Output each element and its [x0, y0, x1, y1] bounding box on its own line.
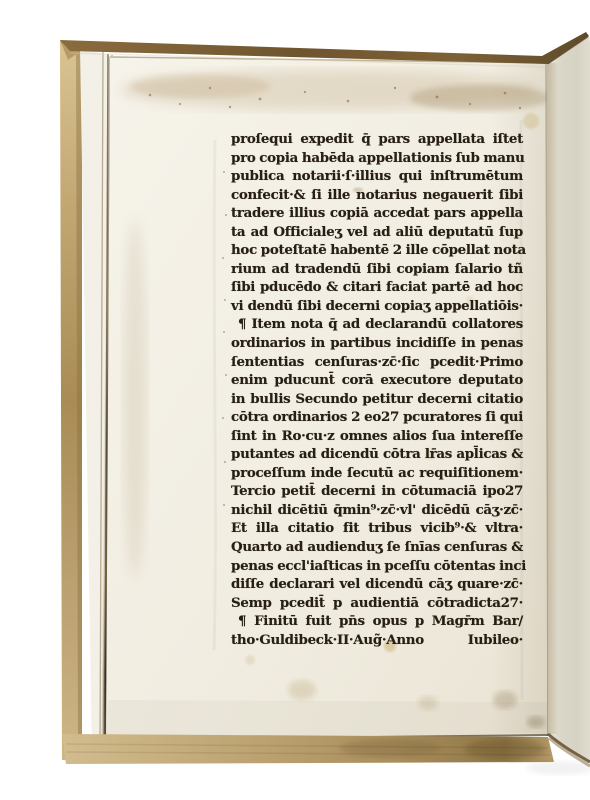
text-line: in bullis Secundo petitur decerni citati… — [231, 390, 523, 409]
text-line: enim pducunt̄ corā executore deputato — [231, 371, 523, 390]
text-line: ta ad Officialeʒ vel ad aliū deputatū ſu… — [231, 223, 523, 242]
text-line: ¶ Item nota q̄ ad declarandū collatores — [231, 315, 523, 334]
text-line: hoc poteſtatē habentē 2 ille cōpellat no… — [231, 241, 523, 260]
text-line: confecit·& ſi ille notarius negauerit ſi… — [231, 186, 523, 205]
colophon-line: ¶ Finitū fuit pn̄s opus p Magr̄m Bar/ — [231, 612, 523, 631]
bottom-cover-edge — [62, 734, 590, 775]
text-block: proſequi expedit q̄ pars appellata iſtet… — [231, 130, 523, 649]
text-line: pro copia habēda appellationis ſub manu — [231, 149, 523, 168]
text-line: Quarto ad audienduʒ ſe ſnīas cenſuras & — [231, 538, 523, 557]
text-line: proceſſum inde ſecutū ac requiſitionem· — [231, 464, 523, 483]
text-line: ſint in Ro·cu·z omnes alios ſua intereſſ… — [231, 427, 523, 446]
text-line: ſententias cenſuras·zc̄·ſic pcedit·Primo — [231, 353, 523, 372]
text-line: ordinarios in partibus incidiſſe in pena… — [231, 334, 523, 353]
text-line: tradere illius copiā accedat pars appell… — [231, 204, 523, 223]
wax-spot — [523, 113, 539, 129]
text-line: diſſe declarari vel dicendū cāʒ quare·zc… — [231, 575, 523, 594]
text-line: rium ad tradendū ſibi copiam ſalario tñ — [231, 260, 523, 279]
text-line: vi dendū ſibi decerni copiaʒ appellatiōi… — [231, 297, 523, 316]
text-line: ſibi pducēdo & citari faciat partē ad ho… — [231, 278, 523, 297]
text-line: Semp pcedit̄ p audientiā cōtradicta27· — [231, 594, 523, 613]
photo-canvas: proſequi expedit q̄ pars appellata iſtet… — [0, 0, 590, 800]
text-line: Tercio petit̄ decerni in cōtumaciā ipo27 — [231, 482, 523, 501]
text-line: Et illa citatio fit tribus vicib⁹·& vltr… — [231, 519, 523, 538]
text-line: penas eccl'iaſticas in pceſſu cōtentas i… — [231, 557, 523, 576]
colophon-line: tho·Guldibeck·II·Aug̃·Anno Iubileo· — [231, 631, 523, 650]
text-line: cōtra ordinarios 2 eo27 pcuratores ſi qu… — [231, 408, 523, 427]
text-line: putantes ad dicendū cōtra lr̄as apl̄icas… — [231, 445, 523, 464]
text-line: proſequi expedit q̄ pars appellata iſtet — [231, 130, 523, 149]
text-line: nichil dicētiū q̄min⁹·zc̄·vl' dicēdū cāʒ… — [231, 501, 523, 520]
text-line: publica notarii·ſ·illius qui inſtrumētum — [231, 167, 523, 186]
